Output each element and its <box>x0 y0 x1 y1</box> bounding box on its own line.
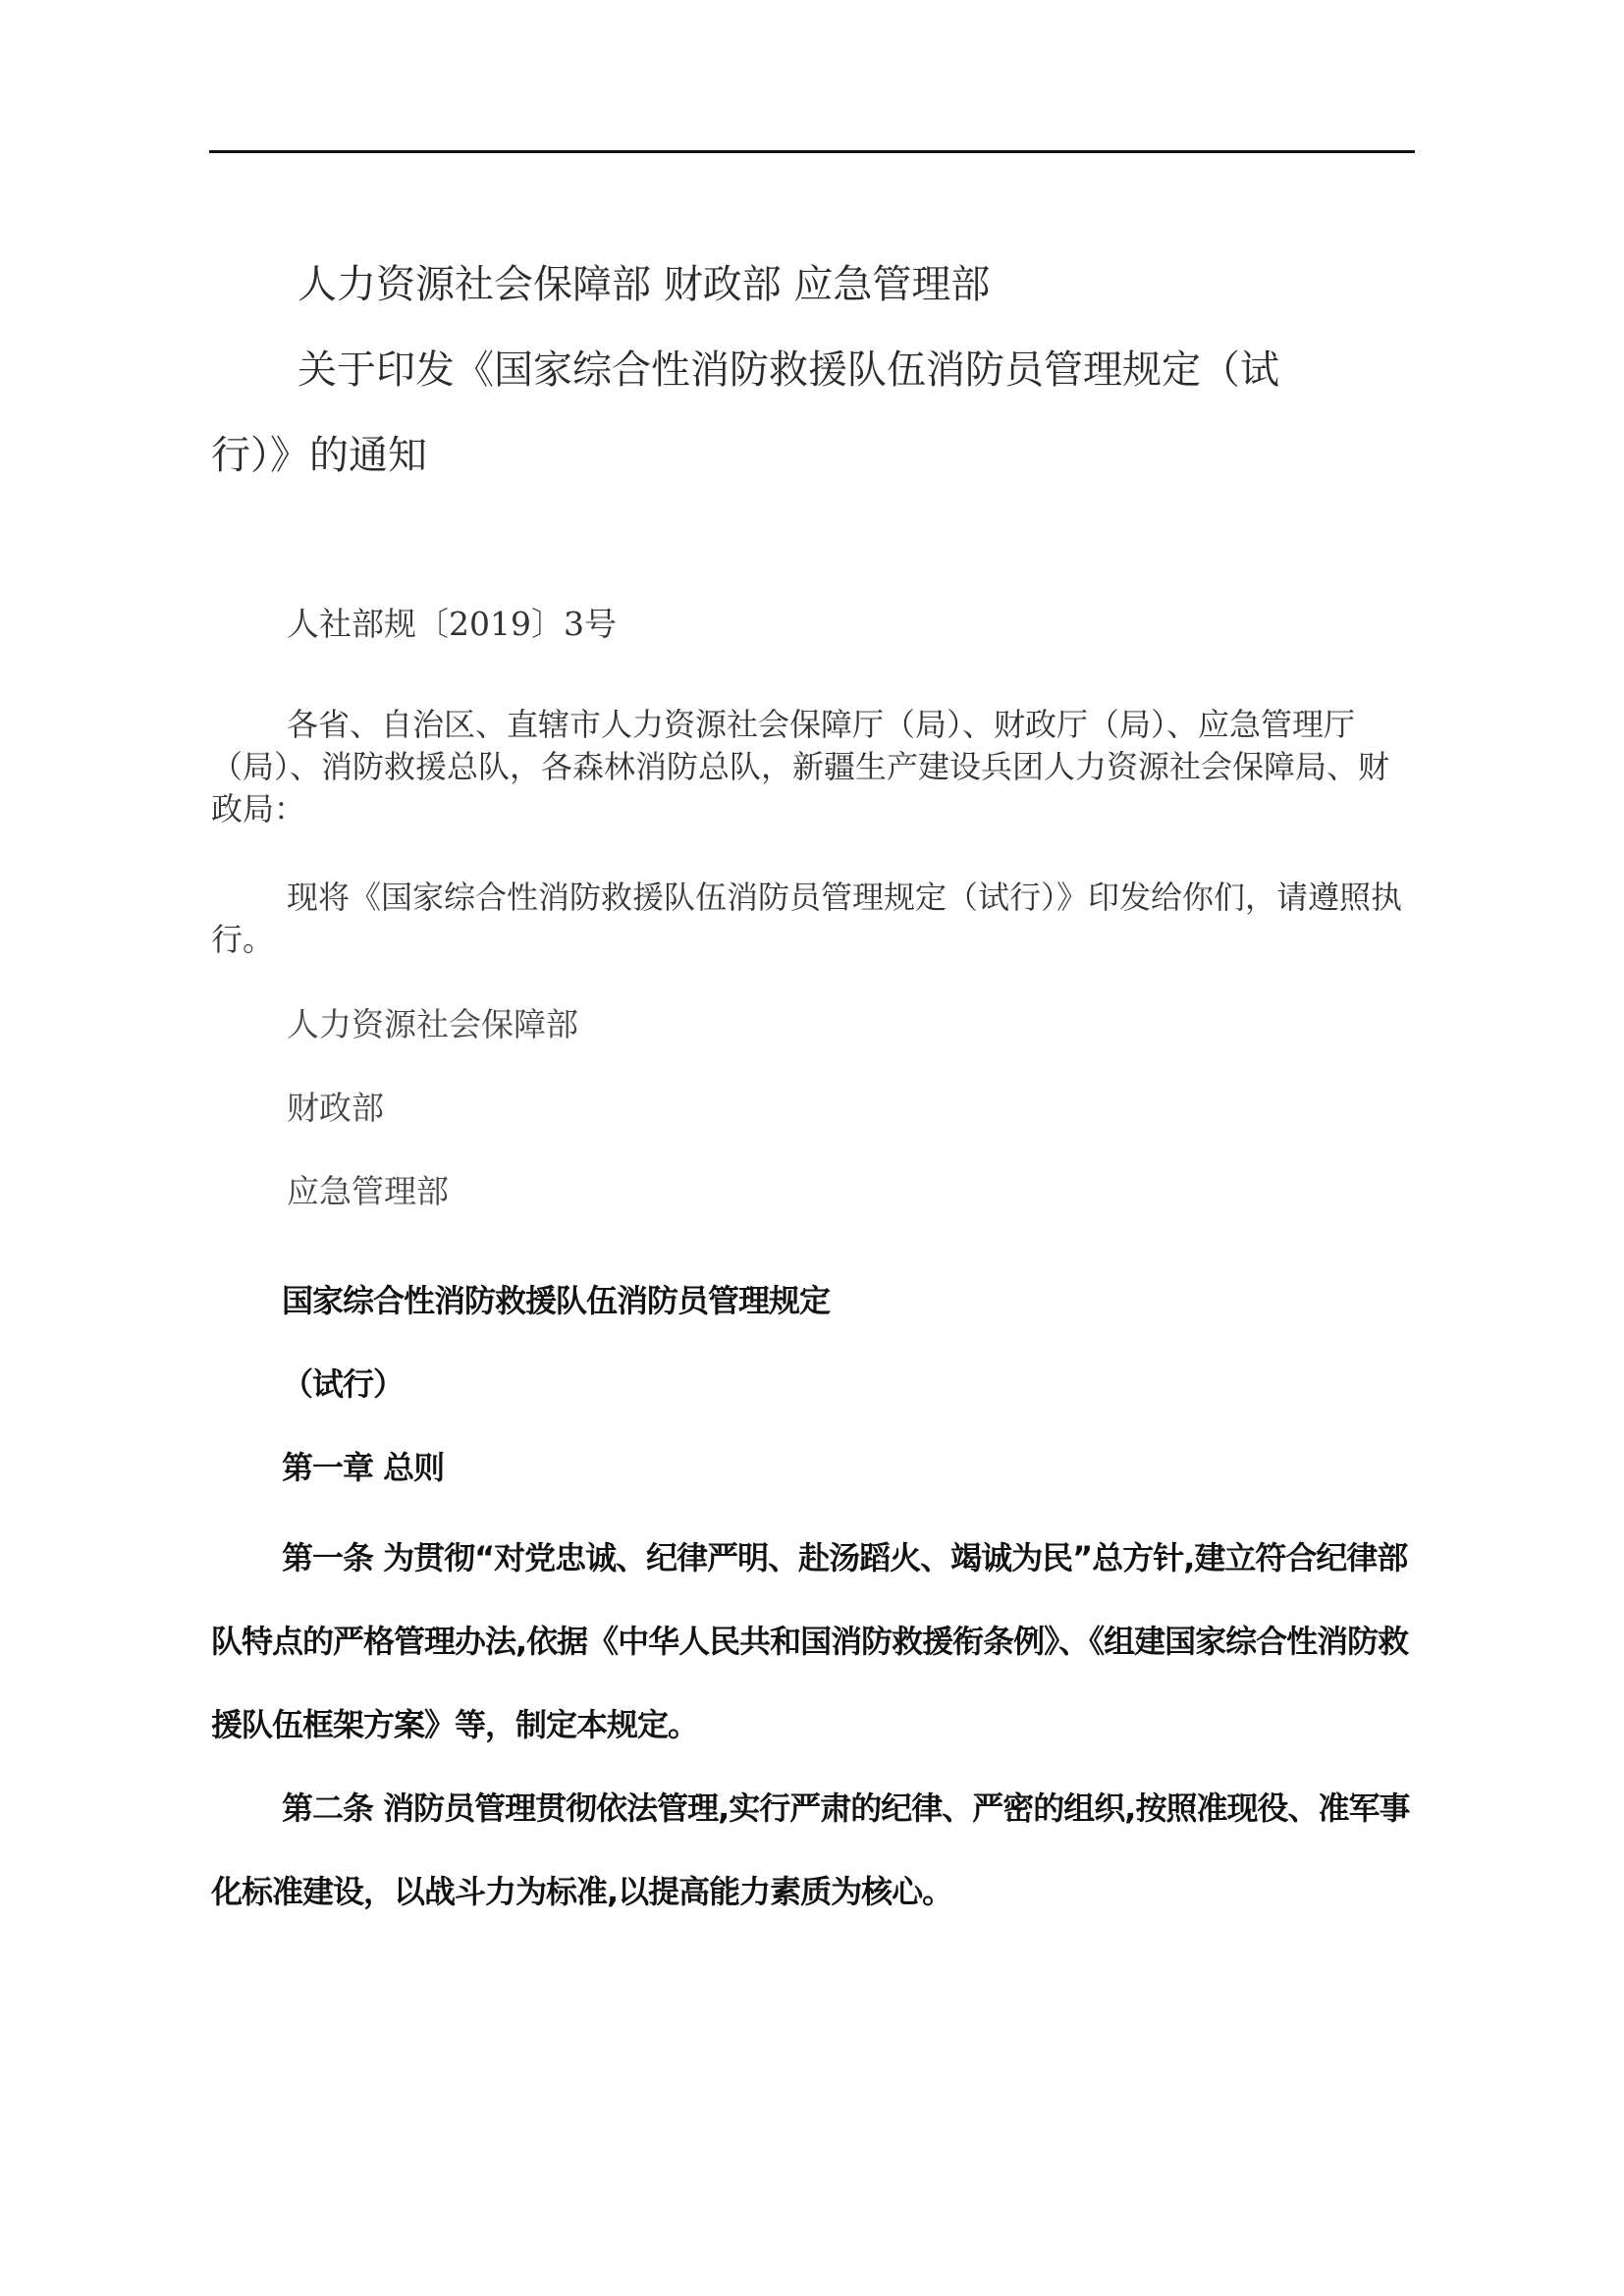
signatory-mem: 应急管理部 <box>287 1166 449 1212</box>
signatory-mof: 财政部 <box>287 1083 384 1129</box>
header-rule <box>209 150 1415 153</box>
notice-title: 关于印发《国家综合性消防救援队伍消防员管理规定（试 <box>298 339 1397 395</box>
notice-title-continued: 行）》的通知 <box>211 424 427 480</box>
issuance-paragraph: 现将《国家综合性消防救援队伍消防员管理规定（试行）》印发给你们，请遵照执行。 <box>211 877 1419 961</box>
addressee-paragraph: 各省、自治区、直辖市人力资源社会保障厅（局）、财政厅（局）、应急管理厅（局）、消… <box>211 704 1419 830</box>
article-2: 第二条 消防员管理贯彻依法管理,实行严肃的纪律、严密的组织,按照准现役、准军事化… <box>211 1767 1424 1934</box>
regulation-subtitle: （试行） <box>282 1360 404 1405</box>
document-number: 人社部规〔2019〕3号 <box>287 599 617 645</box>
document-page: 人力资源社会保障部 财政部 应急管理部 关于印发《国家综合性消防救援队伍消防员管… <box>0 0 1624 2296</box>
chapter-heading: 第一章 总则 <box>282 1443 444 1488</box>
signatory-mohrss: 人力资源社会保障部 <box>287 999 578 1045</box>
article-1: 第一条 为贯彻“对党忠诚、纪律严明、赴汤蹈火、竭诚为民”总方针,建立符合纪律部队… <box>211 1517 1424 1767</box>
regulation-title: 国家综合性消防救援队伍消防员管理规定 <box>282 1276 830 1321</box>
issuers-line: 人力资源社会保障部 财政部 应急管理部 <box>298 253 990 309</box>
